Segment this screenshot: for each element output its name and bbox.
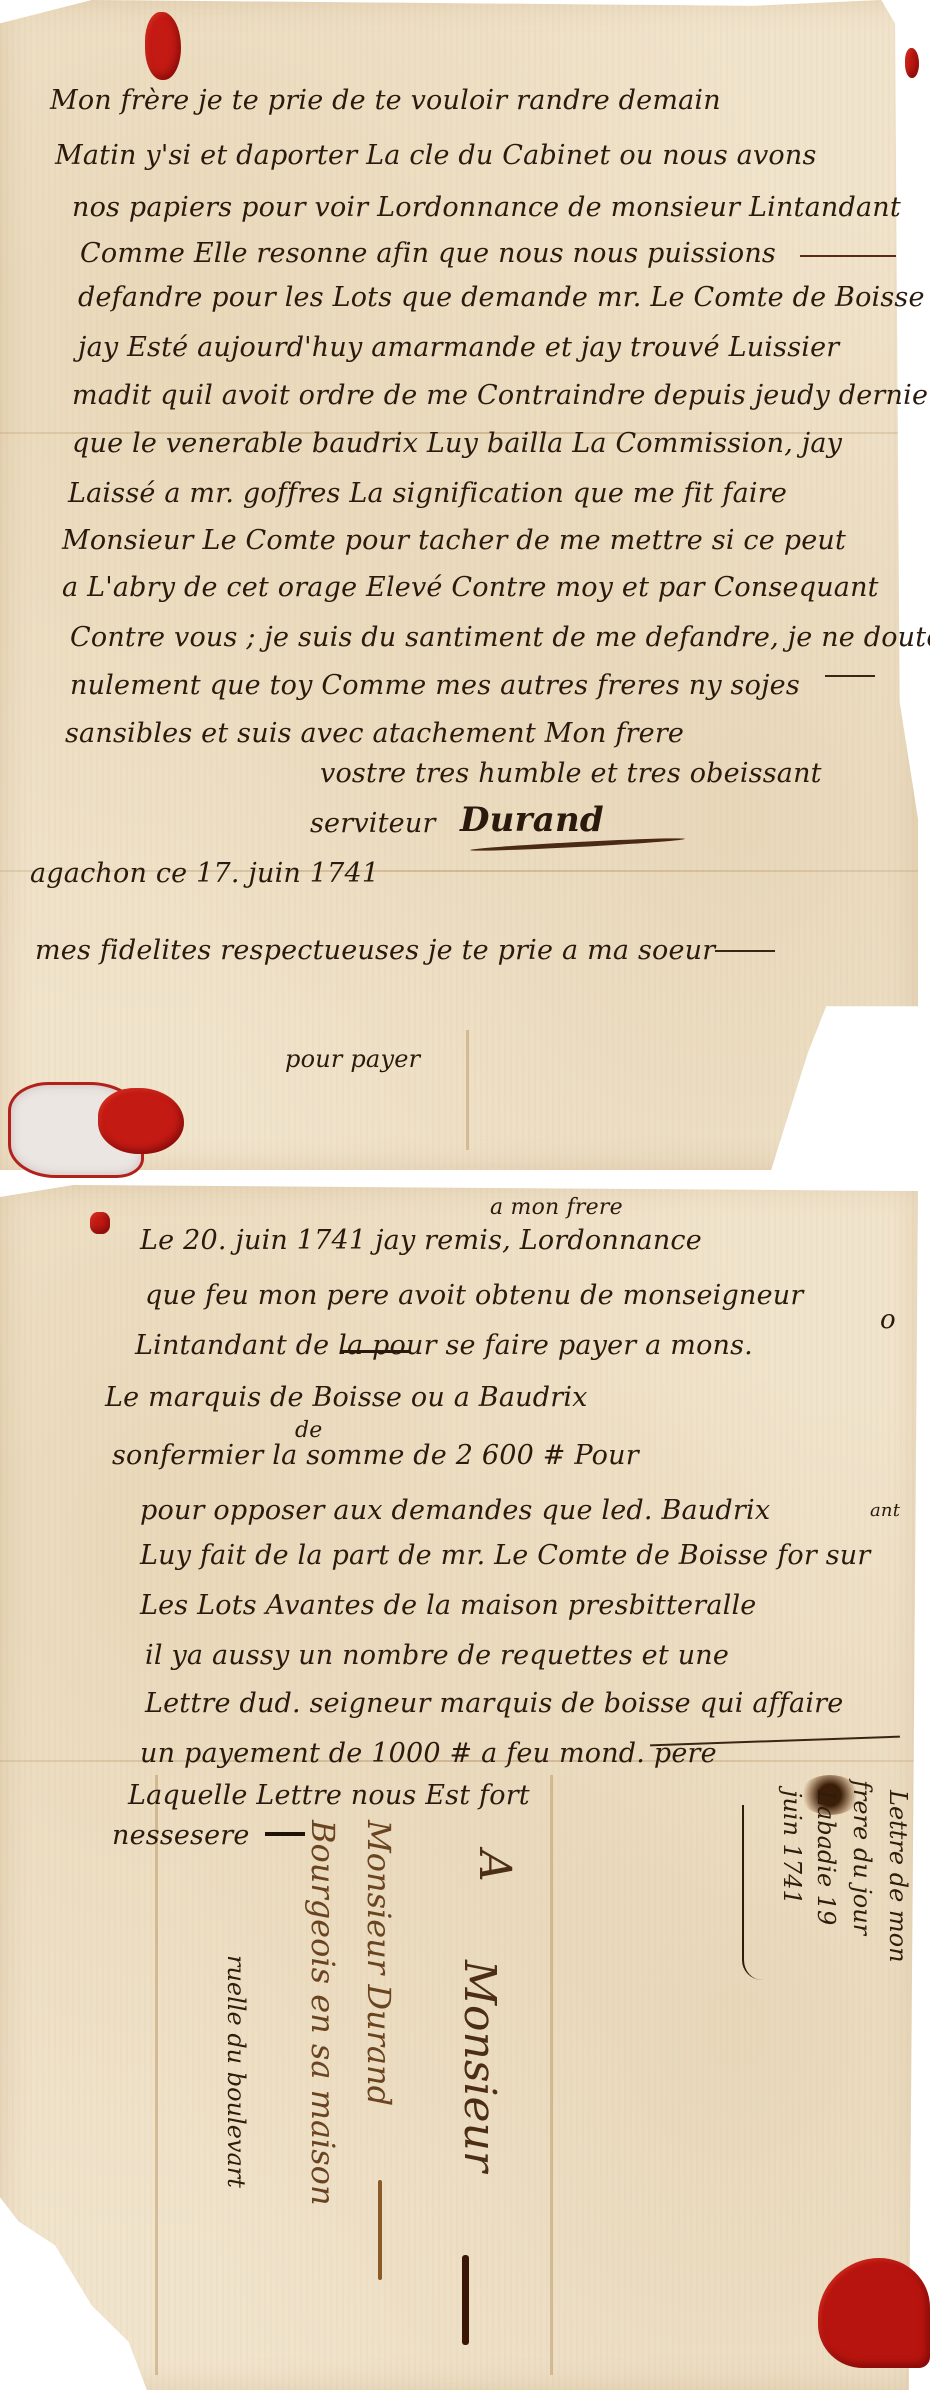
letter-line: sansibles et suis avec atachement Mon fr… — [65, 718, 684, 749]
endorsement-line: Lettre de mon — [884, 1790, 912, 1963]
letter-line: nos papiers pour voir Lordonnance de mon… — [72, 192, 901, 223]
line-filler-dash — [800, 255, 896, 257]
signature: Durand — [460, 800, 604, 840]
address-description: Bourgeois en sa maison — [304, 1820, 342, 2206]
letter-line: un payement de 1000 # a feu mond. pere — [140, 1738, 717, 1769]
letter-line: Laissé a mr. goffres La signification qu… — [68, 478, 787, 509]
letter-line: Lintandant de la pour se faire payer a m… — [135, 1330, 753, 1361]
letter-line: sonfermier la somme de 2 600 # Pour — [112, 1440, 639, 1471]
letter-line: nessesere — [112, 1820, 250, 1851]
dateline: agachon ce 17. juin 1741 — [30, 858, 379, 889]
wax-seal-fragment — [90, 1212, 110, 1234]
closing-formula: vostre tres humble et tres obeissant — [320, 758, 822, 789]
fold-stain — [466, 1030, 469, 1150]
address-a: A — [469, 1850, 520, 1882]
margin-note: pour payer — [285, 1045, 420, 1073]
endorsement-line: juin 1741 — [778, 1790, 806, 1905]
address-flourish — [378, 2180, 382, 2280]
wax-seal-fragment — [905, 48, 919, 78]
wax-seal-fragment — [98, 1088, 184, 1154]
letter-line: a L'abry de cet orage Elevé Contre moy e… — [62, 572, 879, 603]
letter-line: madit quil avoit ordre de me Contraindre… — [72, 380, 930, 411]
line-filler-dash — [265, 1832, 305, 1836]
letter-line: Le 20. juin 1741 jay remis, Lordonnance — [140, 1225, 702, 1256]
letter-line: Les Lots Avantes de la maison presbitter… — [140, 1590, 757, 1621]
letter-line: Comme Elle resonne afin que nous nous pu… — [80, 238, 776, 269]
line-filler-dash — [715, 950, 775, 952]
letter-line: Contre vous ; je suis du santiment de me… — [70, 622, 930, 653]
fold-crease-vertical — [155, 1775, 158, 2375]
line-filler-dash — [825, 675, 875, 677]
letter-line: Monsieur Le Comte pour tacher de me mett… — [62, 525, 846, 556]
fold-crease-vertical — [550, 1775, 553, 2375]
letter-line: nulement que toy Comme mes autres freres… — [70, 670, 800, 701]
interlinear-insertion: ant — [870, 1500, 900, 1521]
letter-line: que feu mon pere avoit obtenu de monseig… — [145, 1280, 803, 1311]
letter-line: Mon frère je te prie de te vouloir randr… — [50, 85, 721, 116]
letter-line: Luy fait de la part de mr. Le Comte de B… — [140, 1540, 871, 1571]
letter-line: il ya aussy un nombre de requettes et un… — [145, 1640, 729, 1671]
letter-line: defandre pour les Lots que demande mr. L… — [78, 282, 925, 313]
letter-line: Matin y'si et daporter La cle du Cabinet… — [55, 140, 817, 171]
letter-line: Laquelle Lettre nous Est fort — [128, 1780, 530, 1811]
address-flourish — [462, 2255, 469, 2345]
letter-line: jay Esté aujourd'huy amarmande et jay tr… — [78, 332, 839, 363]
letter-line: Le marquis de Boisse ou a Baudrix — [105, 1382, 588, 1413]
letter-line: Lettre dud. seigneur marquis de boisse q… — [145, 1688, 843, 1719]
letter-line: que le venerable baudrix Luy bailla La C… — [72, 428, 842, 459]
address-monsieur: Monsieur — [454, 1960, 505, 2172]
endorsement-bracket — [742, 1805, 762, 1980]
closing-serviteur: serviteur — [310, 808, 436, 839]
endorsement-line: Labadie 19 — [812, 1790, 840, 1925]
strikethrough — [340, 1350, 410, 1353]
address-street: ruelle du boulevart — [222, 1955, 250, 2188]
superscript-addressee: a mon frere — [490, 1195, 623, 1220]
margin-mark: o — [880, 1305, 896, 1335]
letter-line: pour opposer aux demandes que led. Baudr… — [140, 1495, 770, 1526]
postscript: mes fidelites respectueuses je te prie a… — [35, 935, 715, 966]
address-name: Monsieur Durand — [360, 1820, 398, 2106]
endorsement-line: frere du jour — [848, 1780, 876, 1935]
wax-seal-fragment — [145, 12, 181, 80]
